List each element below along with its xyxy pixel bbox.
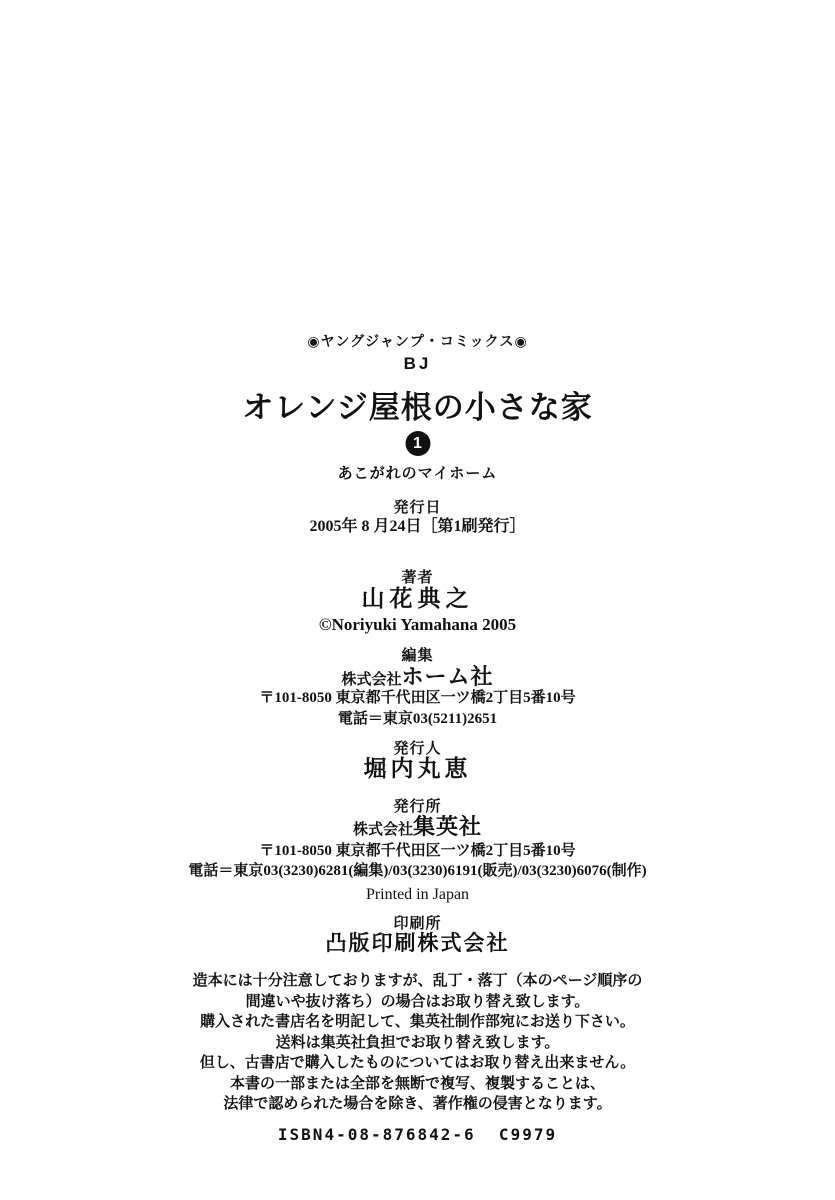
notice-line: 但し、古書店で購入したものについてはお取り替え出来ません。 <box>0 1053 835 1074</box>
publisher-company-prefix: 株式会社 <box>353 822 413 838</box>
publisher-label: 発行所 <box>0 798 835 815</box>
isbn-code: ISBN4-08-876842-6 C9979 <box>0 1126 835 1144</box>
issuer-name: 堀内丸恵 <box>0 756 835 782</box>
editor-label: 編集 <box>0 647 835 664</box>
publisher-address: 〒101-8050 東京都千代田区一ツ橋2丁目5番10号 <box>0 843 835 860</box>
issuer-label: 発行人 <box>0 740 835 757</box>
issue-date-label: 発行日 <box>0 499 835 516</box>
colophon-page: ◉ヤングジャンプ・コミックス◉ BJ オレンジ屋根の小さな家 1 あこがれのマイ… <box>0 0 835 1200</box>
return-policy-notice: 造本には十分注意しておりますが、乱丁・落丁（本のページ順序の 間違いや抜け落ち）… <box>0 971 835 1115</box>
publisher-phone: 電話＝東京03(3230)6281(編集)/03(3230)6191(販売)/0… <box>0 863 835 880</box>
notice-line: 造本には十分注意しておりますが、乱丁・落丁（本のページ順序の <box>0 971 835 992</box>
notice-line: 送料は集英社負担でお取り替え致します。 <box>0 1033 835 1054</box>
notice-line: 購入された書店名を明記して、集英社制作部宛にお送り下さい。 <box>0 1012 835 1033</box>
book-subtitle: あこがれのマイホーム <box>0 465 835 482</box>
publisher-company-name: 集英社 <box>413 814 482 839</box>
editor-phone: 電話＝東京03(5211)2651 <box>0 711 835 728</box>
notice-line: 法律で認められた場合を除き、著作権の侵害となります。 <box>0 1094 835 1115</box>
editor-company: 株式会社ホーム社 <box>0 664 835 689</box>
printer-label: 印刷所 <box>0 915 835 932</box>
series-name: ◉ヤングジャンプ・コミックス◉ <box>0 333 835 349</box>
editor-company-prefix: 株式会社 <box>341 672 401 688</box>
volume-badge: 1 <box>405 431 430 456</box>
copyright-notice: ©Noriyuki Yamahana 2005 <box>0 615 835 635</box>
author-label: 著者 <box>0 569 835 586</box>
volume-number: 1 <box>413 436 422 452</box>
book-title: オレンジ屋根の小さな家 <box>0 390 835 426</box>
printer-name: 凸版印刷株式会社 <box>0 931 835 955</box>
printed-in-japan: Printed in Japan <box>0 886 835 904</box>
notice-line: 間違いや抜け落ち）の場合はお取り替え致します。 <box>0 992 835 1013</box>
editor-address: 〒101-8050 東京都千代田区一ツ橋2丁目5番10号 <box>0 690 835 707</box>
imprint-code: BJ <box>0 354 835 374</box>
publisher-company: 株式会社集英社 <box>0 814 835 839</box>
author-name: 山花典之 <box>0 586 835 612</box>
notice-line: 本書の一部または全部を無断で複写、複製することは、 <box>0 1074 835 1095</box>
editor-company-name: ホーム社 <box>402 664 494 689</box>
issue-date-value: 2005年 8 月24日［第1刷発行］ <box>0 518 835 536</box>
